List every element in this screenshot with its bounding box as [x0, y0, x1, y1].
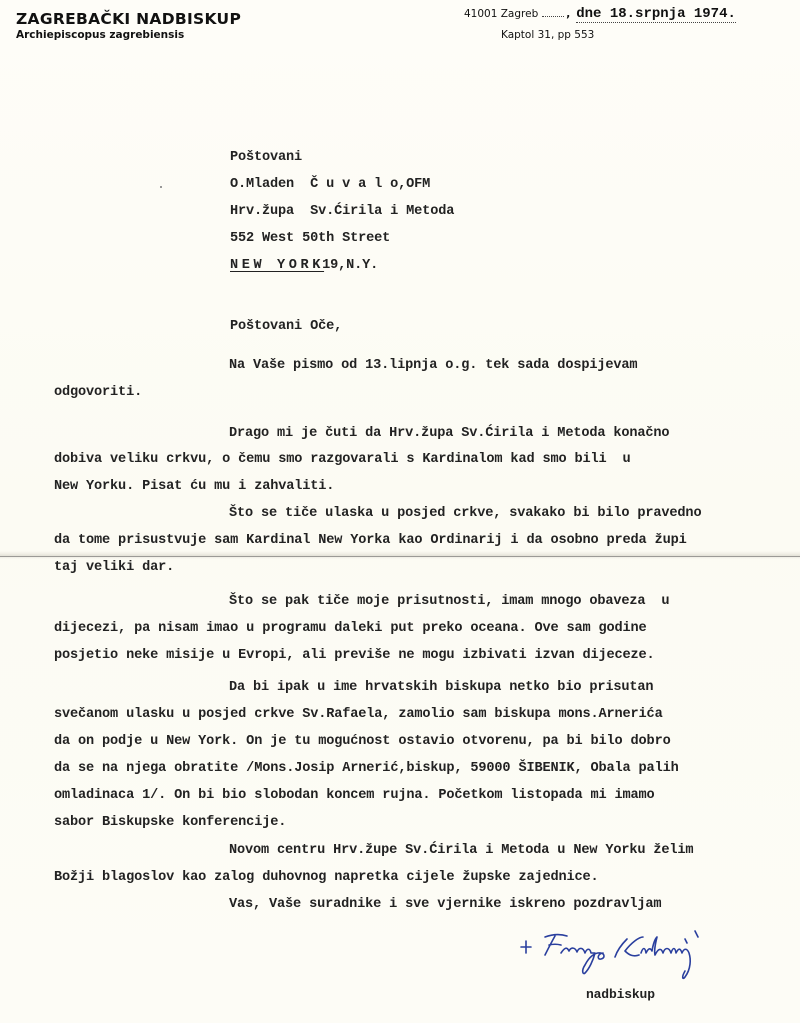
body-line: sabor Biskupske konferencije. [54, 815, 286, 830]
body-line: svečanom ulasku u posjed crkve Sv.Rafael… [54, 707, 663, 722]
body-line: dobiva veliku crkvu, o čemu smo razgovar… [54, 452, 631, 467]
place-date-block: 41001 Zagreb , dne 18.srpnja 1974. Kapto… [464, 6, 736, 41]
fold-line [0, 556, 800, 557]
body-line: Što se pak tiče moje prisutnosti, imam m… [229, 594, 669, 609]
recipient-name: O.Mladen Č u v a l o,OFM [230, 177, 430, 192]
body-line: posjetio neke misije u Evropi, ali previ… [54, 648, 655, 663]
body-line: Što se tiče ulaska u posjed crkve, svaka… [229, 506, 701, 521]
date-comma: , [566, 8, 570, 20]
letterhead-address: Kaptol 31, pp 553 [501, 29, 736, 41]
postal-city: 41001 Zagreb [464, 8, 538, 20]
body-line: Vas, Vaše suradnike i sve vjernike iskre… [229, 897, 661, 912]
body-line: Drago mi je čuti da Hrv.župa Sv.Ćirila i… [229, 426, 669, 441]
recipient-city: NEW YORK [230, 258, 324, 273]
letterhead-subtitle: Archiepiscopus zagrebiensis [16, 28, 241, 42]
dotted-fill [542, 6, 564, 17]
recipient-salutation: Poštovani [230, 150, 302, 165]
body-line: Božji blagoslov kao zalog duhovnog napre… [54, 870, 599, 885]
signatory-title: nadbiskup [586, 987, 655, 1002]
letterhead-title: ZAGREBAČKI NADBISKUP [16, 10, 241, 28]
handwritten-signature [515, 925, 765, 985]
body-line: Da bi ipak u ime hrvatskih biskupa netko… [229, 680, 653, 695]
paper-speck [160, 186, 162, 188]
body-line: Na Vaše pismo od 13.lipnja o.g. tek sada… [229, 358, 637, 373]
fold-crease [0, 551, 800, 559]
recipient-parish: Hrv.župa Sv.Ćirila i Metoda [230, 204, 454, 219]
body-line: omladinaca 1/. On bi bio slobodan koncem… [54, 788, 655, 803]
body-line: da on podje u New York. On je tu mogućno… [54, 734, 671, 749]
body-line: da tome prisustvuje sam Kardinal New Yor… [54, 533, 687, 548]
recipient-street: 552 West 50th Street [230, 231, 390, 246]
greeting: Poštovani Oče, [230, 319, 342, 334]
body-line: taj veliki dar. [54, 560, 174, 575]
body-line: odgovoriti. [54, 385, 142, 400]
typed-date: dne 18.srpnja 1974. [576, 6, 736, 23]
body-line: Novom centru Hrv.župe Sv.Ćirila i Metoda… [229, 843, 693, 858]
recipient-city-line: NEW YORK19,N.Y. [230, 258, 378, 273]
body-line: New Yorku. Pisat ću mu i zahvaliti. [54, 479, 334, 494]
body-line: dijecezi, pa nisam imao u programu dalek… [54, 621, 647, 636]
letterhead: ZAGREBAČKI NADBISKUP Archiepiscopus zagr… [16, 10, 241, 42]
body-line: da se na njega obratite /Mons.Josip Arne… [54, 761, 679, 776]
recipient-city-rest: 19,N.Y. [322, 258, 378, 273]
